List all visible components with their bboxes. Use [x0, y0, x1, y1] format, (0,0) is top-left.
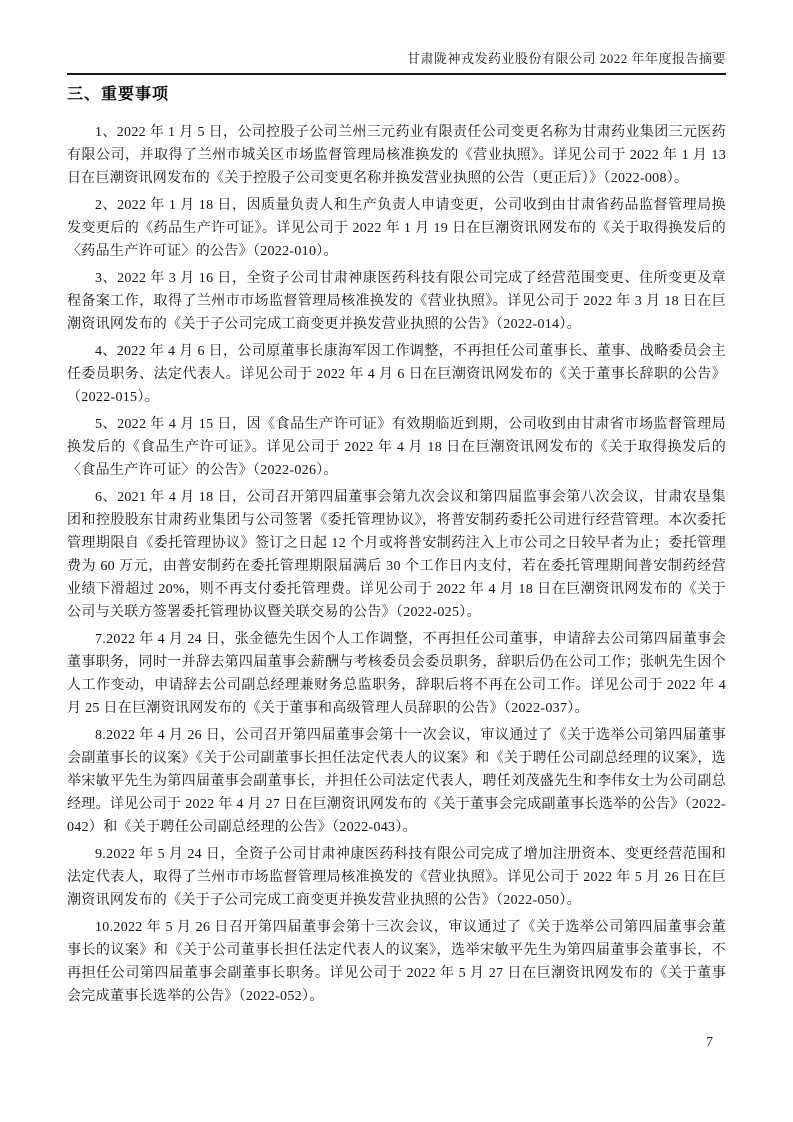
paragraph-item-6: 6、2021 年 4 月 18 日，公司召开第四届董事会第九次会议和第四届监事会… — [67, 486, 726, 624]
paragraph-item-4: 4、2022 年 4 月 6 日，公司原董事长康海军因工作调整，不再担任公司董事… — [67, 340, 726, 409]
section-title: 三、重要事项 — [67, 84, 726, 106]
header-divider — [67, 73, 726, 75]
paragraph-item-9: 9.2022 年 5 月 24 日，全资子公司甘肃神康医药科技有限公司完成了增加… — [67, 843, 726, 912]
page-number: 7 — [706, 1035, 713, 1051]
paragraph-item-2: 2、2022 年 1 月 18 日，因质量负责人和生产负责人申请变更，公司收到由… — [67, 194, 726, 263]
paragraph-item-10: 10.2022 年 5 月 26 日召开第四届董事会第十三次会议，审议通过了《关… — [67, 916, 726, 1008]
document-header-title: 甘肃陇神戎发药业股份有限公司 2022 年年度报告摘要 — [67, 50, 726, 73]
paragraph-item-5: 5、2022 年 4 月 15 日，因《食品生产许可证》有效期临近到期，公司收到… — [67, 413, 726, 482]
document-page: 甘肃陇神戎发药业股份有限公司 2022 年年度报告摘要 三、重要事项 1、202… — [0, 0, 793, 1122]
section-body: 1、2022 年 1 月 5 日，公司控股子公司兰州三元药业有限责任公司变更名称… — [67, 121, 726, 1008]
paragraph-item-1: 1、2022 年 1 月 5 日，公司控股子公司兰州三元药业有限责任公司变更名称… — [67, 121, 726, 190]
paragraph-item-7: 7.2022 年 4 月 24 日，张金德先生因个人工作调整，不再担任公司董事，… — [67, 628, 726, 720]
paragraph-item-3: 3、2022 年 3 月 16 日，全资子公司甘肃神康医药科技有限公司完成了经营… — [67, 267, 726, 336]
paragraph-item-8: 8.2022 年 4 月 26 日，公司召开第四届董事会第十一次会议，审议通过了… — [67, 724, 726, 839]
